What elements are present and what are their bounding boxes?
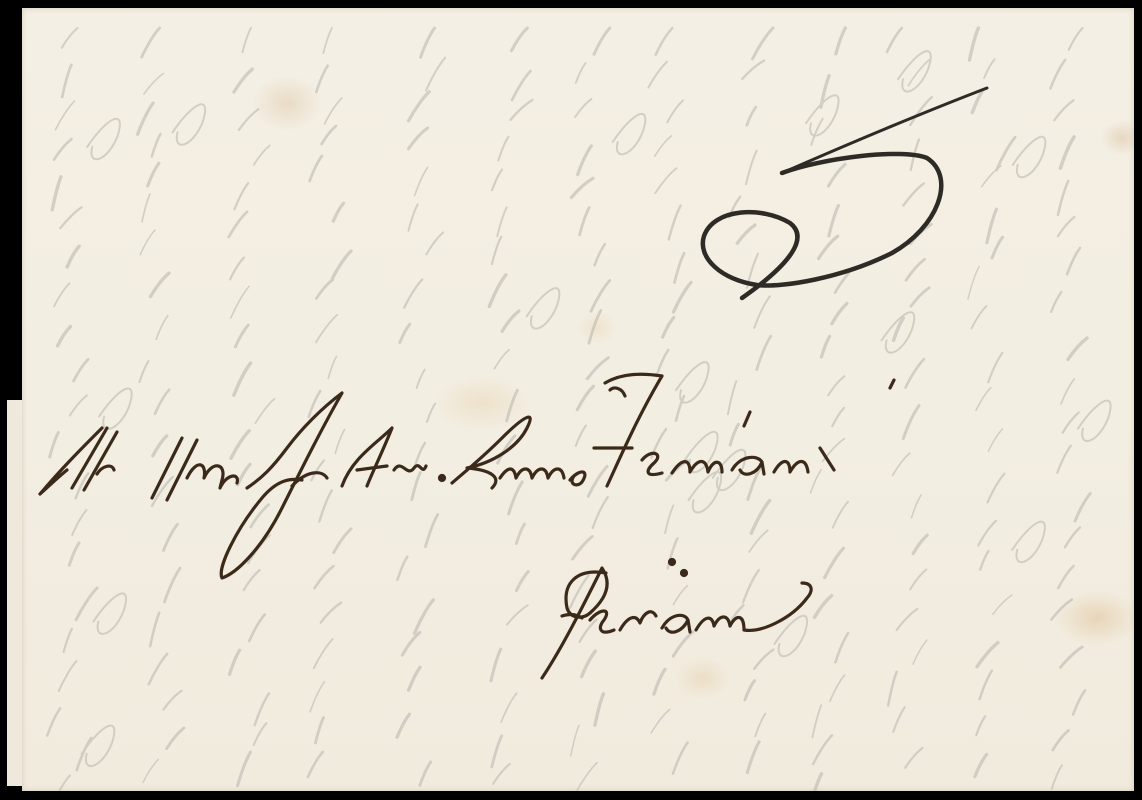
ink-layer (22, 8, 1134, 791)
rate-mark-3 (703, 88, 987, 298)
letter-sheet: 3 All'Ill.mo Sig.r Avv. Ennio Feniani Fe… (22, 8, 1134, 791)
address-line1-handwriting (40, 374, 894, 578)
scan-background: 3 All'Ill.mo Sig.r Avv. Ennio Feniani Fe… (0, 0, 1142, 800)
address-line2-handwriting (542, 560, 811, 679)
